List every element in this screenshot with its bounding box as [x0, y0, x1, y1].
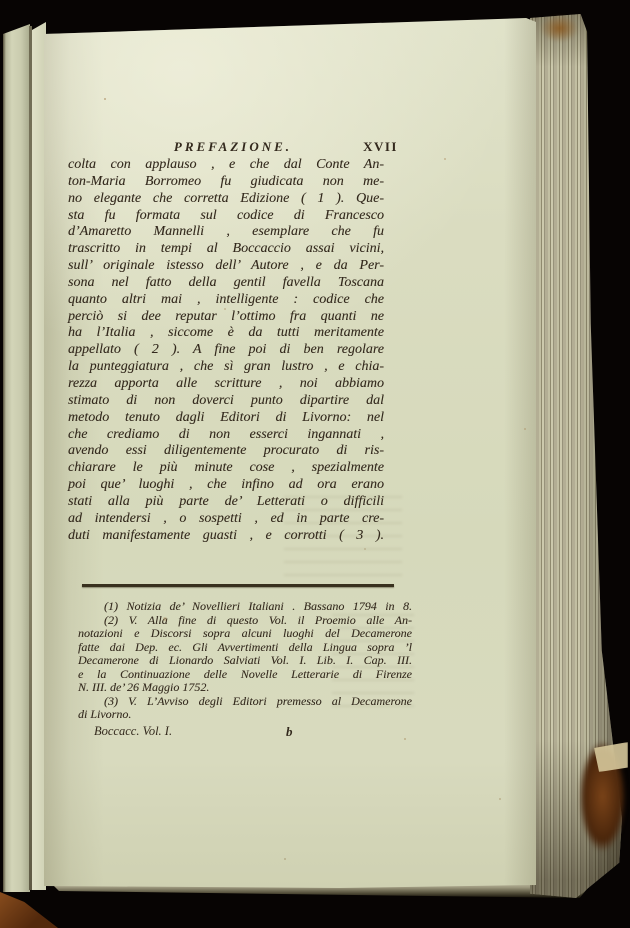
text-line: quanto altri mai , intelligente : codice…: [68, 292, 384, 309]
page-number: XVII: [363, 139, 398, 155]
text-line: chiarare le più minute cose , spezialmen…: [68, 460, 384, 477]
text-line: rezza apporta alle scritture , noi abbia…: [68, 376, 384, 393]
text-line: che crediamo di non esserci ingannati ,: [68, 427, 384, 444]
page-footer: Boccacc. Vol. I. b: [44, 724, 536, 740]
paper-speckles: [104, 98, 106, 100]
footnote-line: di Livorno.: [78, 708, 412, 722]
text-line: d’Amaretto Mannelli , esemplare che fu: [68, 224, 384, 241]
show-through-text: [284, 496, 402, 586]
stain-top-right: [537, 14, 587, 50]
text-line: ton-Maria Borromeo fu giudicata non me-: [68, 174, 384, 191]
volume-signature: Boccacc. Vol. I.: [94, 724, 172, 739]
text-line: perciò si dee reputar l’ottimo fra quant…: [68, 309, 384, 326]
left-page-edge-2: [32, 22, 46, 890]
text-line: no elegante che corretta Edizione ( 1 ).…: [68, 191, 384, 208]
page-edge-crease: [29, 26, 32, 890]
text-line: trascritto in tempi al Boccaccio assai v…: [68, 241, 384, 258]
text-line: sona nel fatto della gentil favella Tosc…: [68, 275, 384, 292]
footnote-line: (1) Notizia de’ Novellieri Italiani . Ba…: [78, 600, 412, 614]
book-page: PREFAZIONE. XVII colta con applauso , e …: [44, 18, 536, 888]
text-line: colta con applauso , e che dal Conte An-: [68, 157, 384, 174]
body-text: colta con applauso , e che dal Conte An-…: [68, 157, 384, 544]
text-line: metodo tenuto dagli Editori di Livorno: …: [68, 410, 384, 427]
show-through-text: [332, 614, 414, 710]
text-line: poi que’ luoghi , che infino ad ora eran…: [68, 477, 384, 494]
leather-corner-bottom-left: [0, 888, 58, 928]
gathering-mark: b: [286, 724, 293, 740]
text-line: sta fu formata sul codice di Francesco: [68, 208, 384, 225]
text-line: ha l’Italia , siccome è da tutti meritam…: [68, 325, 384, 342]
page-header: PREFAZIONE. XVII: [68, 139, 398, 155]
left-page-edge: [3, 24, 30, 892]
text-line: avendo essi diligentemente procurato di …: [68, 443, 384, 460]
text-line: stimato di non doverci punto dipartire d…: [68, 393, 384, 410]
text-line: la punteggiatura , che sì gran lustro , …: [68, 359, 384, 376]
running-title: PREFAZIONE.: [68, 139, 398, 155]
book-photograph: PREFAZIONE. XVII colta con applauso , e …: [0, 0, 630, 928]
text-line: appellato ( 2 ). A fine poi di ben regol…: [68, 342, 384, 359]
text-line: sull’ originale istesso dell’ Autore , e…: [68, 258, 384, 275]
